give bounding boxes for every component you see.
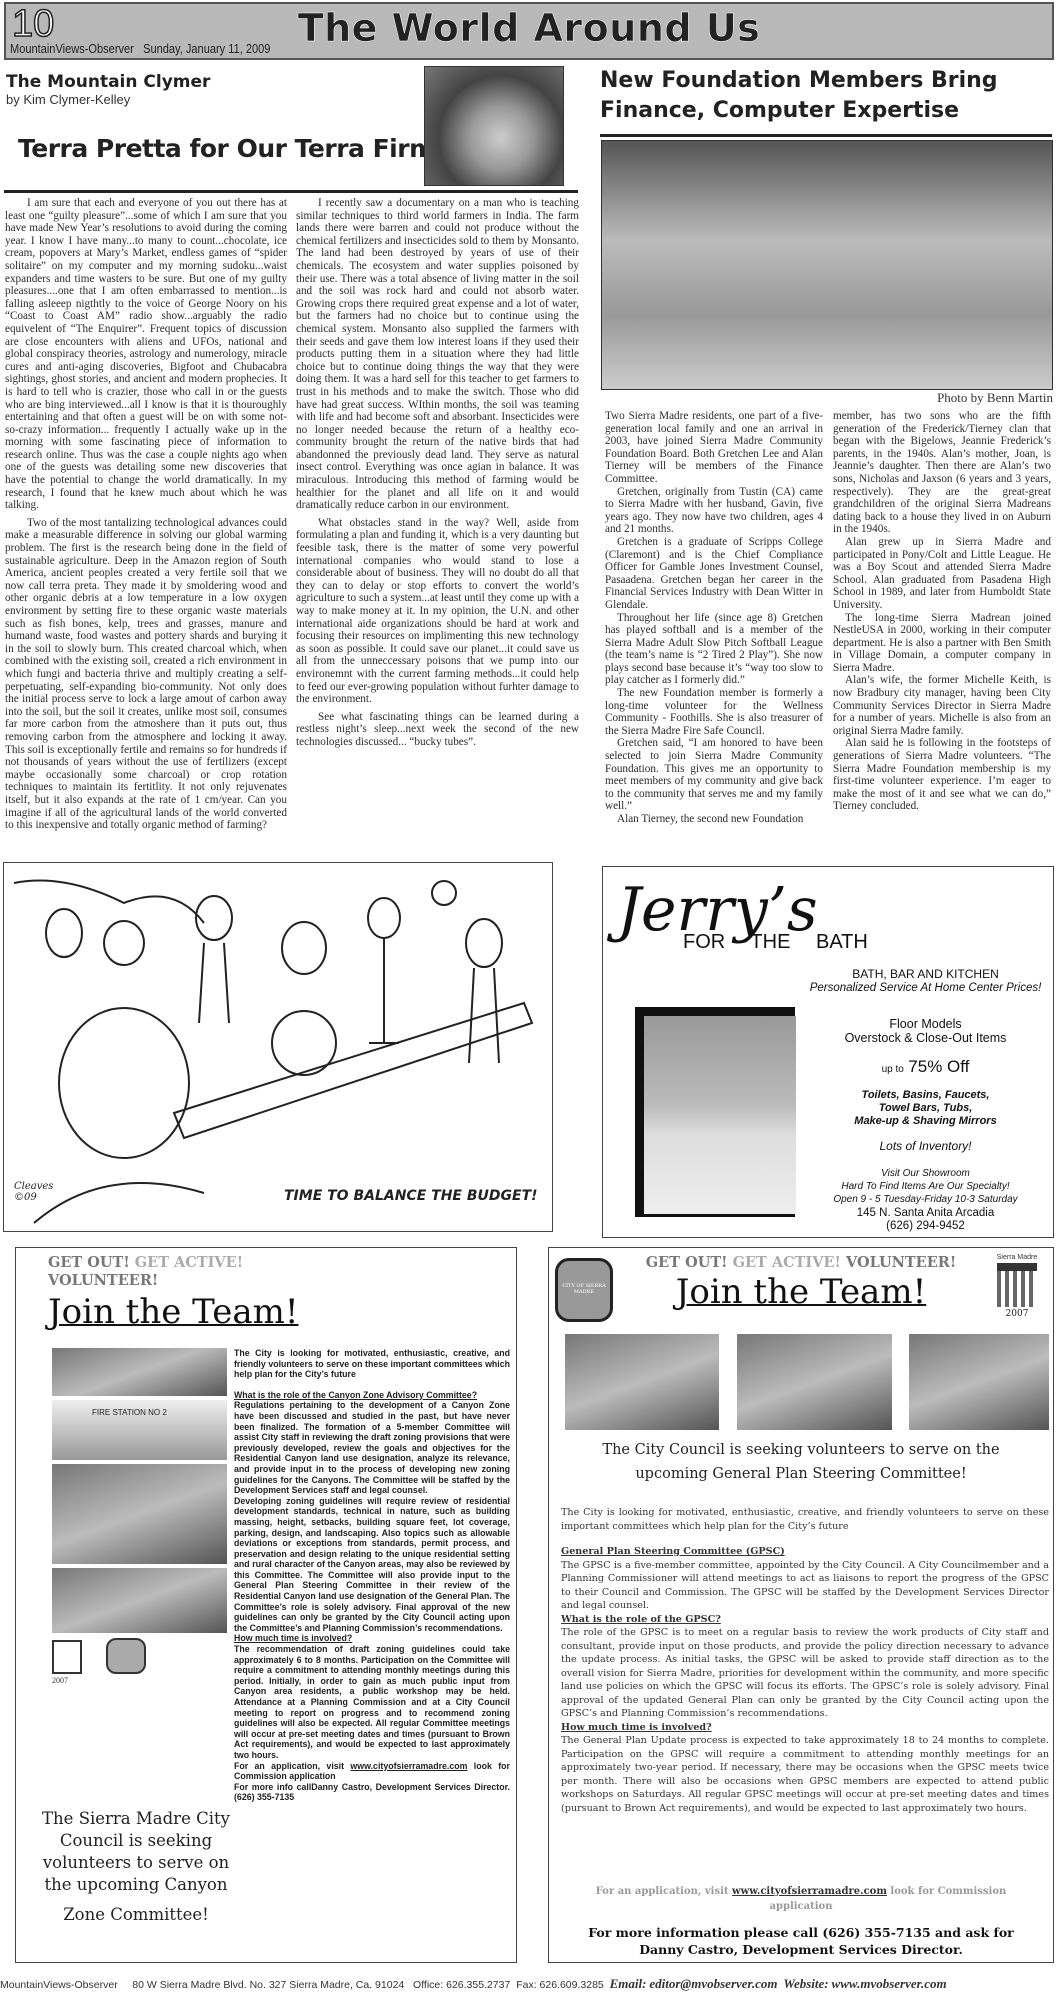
foundation-paragraph: Alan grew up in Sierra Madre and partici… (833, 536, 1051, 612)
column-paragraph: See what fascinating things can be learn… (296, 711, 579, 749)
downtown-street-photo (737, 1334, 892, 1430)
footer-fax: Fax: 626.609.3285 (516, 1979, 604, 1991)
jerrys-bath-ad: Jerry’s FOR THE BATH BATH, BAR AND KITCH… (602, 866, 1054, 1238)
jerrys-items: Toilets, Basins, Faucets, Towel Bars, Tu… (798, 1089, 1053, 1128)
foundation-body-left: Two Sierra Madre residents, one part of … (605, 410, 823, 826)
discount-prefix: up to (882, 1064, 904, 1075)
hdr-volunteer: VOLUNTEER! (48, 1272, 243, 1290)
hdr-get-out: GET OUT! (48, 1254, 130, 1271)
cartoon-caption: TIME TO BALANCE THE BUDGET! (284, 1188, 538, 1204)
column-paragraph: What obstacles stand in the way? Well, a… (296, 517, 579, 706)
footer-website-label: Website: (783, 1976, 828, 1991)
city-website-link[interactable]: www.cityofsierramadre.com (732, 1886, 887, 1897)
foundation-paragraph: Alan Tierney, the second new Foundation (605, 813, 823, 826)
hdr-get-active: GET ACTIVE! (733, 1254, 841, 1271)
items-line: Make-up & Shaving Mirrors (798, 1115, 1053, 1128)
foundation-paragraph: member, has two sons who are the fifth g… (833, 410, 1051, 536)
foundation-paragraph: The new Foundation member is formerly a … (605, 687, 823, 737)
cartoon-drawing-icon (4, 863, 552, 1231)
foundation-paragraph: Alan said he is following in the footste… (833, 737, 1051, 813)
canyon-bench-photo (52, 1464, 227, 1564)
fire-station-sign: FIRE STATION NO 2 (92, 1408, 167, 1417)
foundation-paragraph: Gretchen is a graduate of Scripps Colleg… (605, 536, 823, 612)
canyon-contact: For more info callDanny Castro, Developm… (234, 1782, 510, 1803)
publication-name: MountainViews-Observer (10, 41, 134, 56)
footer-email-label: Email: (610, 1976, 647, 1991)
trees-photo (52, 1348, 227, 1396)
discount-value: 75% Off (908, 1057, 969, 1076)
column-body-left: I am sure that each and everyone of you … (5, 197, 287, 852)
column-byline: by Kim Clymer-Kelley (6, 92, 130, 107)
canyon-answer-role-2: Developing zoning guidelines will requir… (234, 1496, 510, 1634)
jerrys-inventory: Lots of Inventory! (798, 1139, 1053, 1153)
canyon-answer-role: Regulations pertaining to the developmen… (234, 1400, 510, 1495)
shield-icon (997, 1263, 1037, 1307)
canyon-details: The City is looking for motivated, enthu… (234, 1348, 510, 1803)
city-seal-icon (106, 1638, 146, 1674)
gpsc-subhead: The City Council is seeking volunteers t… (549, 1438, 1053, 1486)
page-footer: MountainViews-Observer 80 W Sierra Madre… (0, 1976, 1056, 1993)
apply-prefix: For an application, visit (234, 1761, 344, 1771)
jerrys-categories: BATH, BAR AND KITCHEN (798, 967, 1053, 981)
footer-website-link[interactable]: www.mvobserver.com (832, 1976, 947, 1991)
photo-credit: Photo by Benn Martin (601, 390, 1053, 406)
gpsc-intro: The City is looking for motivated, enthu… (561, 1506, 1049, 1533)
foundation-paragraph: Alan’s wife, the former Michelle Keith, … (833, 674, 1051, 737)
foundation-rule (600, 134, 1052, 137)
foundation-headline: New Foundation Members Bring Finance, Co… (600, 66, 1050, 126)
footer-email-link[interactable]: editor@mvobserver.com (649, 1976, 777, 1991)
gpsc-time-text: The General Plan Update process is expec… (561, 1734, 1049, 1815)
column-paragraph: Two of the most tantalizing technologica… (5, 517, 287, 832)
jerrys-discount: up to 75% Off (798, 1057, 1053, 1077)
marys-market-photo (52, 1568, 227, 1633)
gpsc-heading-role: What is the role of the GPSC? (561, 1613, 1049, 1627)
column-rule (4, 190, 578, 193)
gpsc-details: The City is looking for motivated, enthu… (561, 1506, 1049, 1815)
canyon-question-role: What is the role of the Canyon Zone Advi… (234, 1390, 510, 1401)
foundation-headline-line2: Finance, Computer Expertise (600, 96, 1050, 126)
column-headline: Terra Pretta for Our Terra Firma (18, 134, 451, 163)
gpsc-contact: For more information please call (626) 3… (549, 1924, 1053, 1958)
cartoon-signature: Cleaves ©09 (14, 1181, 54, 1203)
jerrys-address: 145 N. Santa Anita Arcadia (798, 1207, 1053, 1220)
editorial-cartoon: TIME TO BALANCE THE BUDGET! Cleaves ©09 (3, 862, 553, 1232)
canyon-apply: For an application, visit www.cityofsier… (234, 1761, 510, 1782)
volunteer-header: GET OUT! GET ACTIVE! VOLUNTEER! (549, 1254, 1053, 1272)
faucet-photo (635, 1007, 795, 1217)
badge-top: Sierra Madre (987, 1254, 1047, 1261)
foundation-headline-line1: New Foundation Members Bring (600, 66, 1050, 96)
showroom-hours: Open 9 - 5 Tuesday-Friday 10-3 Saturday (798, 1193, 1053, 1206)
contact-line1: For more information please call (626) 3… (549, 1924, 1053, 1941)
column-paragraph: I recently saw a documentary on a man wh… (296, 197, 579, 512)
hdr-get-active: GET ACTIVE! (135, 1254, 243, 1271)
gpsc-role-text: The role of the GPSC is to meet on a reg… (561, 1626, 1049, 1721)
foundation-members-photo (601, 140, 1053, 390)
foundation-paragraph: Throughout her life (since age 8) Gretch… (605, 612, 823, 688)
side-message-committee: Zone Committee! (36, 1904, 236, 1926)
contact-line2: Danny Castro, Development Services Direc… (549, 1941, 1053, 1958)
canyon-side-message: The Sierra Madre City Council is seeking… (36, 1808, 236, 1926)
column-paragraph: I am sure that each and everyone of you … (5, 197, 287, 512)
items-line: Towel Bars, Tubs, (798, 1102, 1053, 1115)
gpsc-heading-committee: General Plan Steering Committee (GPSC) (561, 1545, 1049, 1559)
volunteer-header: GET OUT! GET ACTIVE! VOLUNTEER! (48, 1254, 243, 1290)
gpsc-committee-text: The GPSC is a five-member committee, app… (561, 1559, 1049, 1613)
items-line: Toilets, Basins, Faucets, (798, 1089, 1053, 1102)
showroom-line: Visit Our Showroom (798, 1167, 1053, 1180)
side-message-text: The Sierra Madre City Council is seeking… (36, 1808, 236, 1896)
canyon-intro: The City is looking for motivated, enthu… (234, 1348, 510, 1380)
jerrys-contact: 145 N. Santa Anita Arcadia (626) 294-945… (798, 1207, 1053, 1233)
footer-publication: MountainViews-Observer (0, 1979, 118, 1991)
apply-prefix: For an application, visit (596, 1886, 729, 1897)
canyon-answer-time: The recommendation of draft zoning guide… (234, 1644, 510, 1761)
footer-office-phone: Office: 626.355.2737 (413, 1979, 510, 1991)
foundation-body-right: member, has two sons who are the fifth g… (833, 410, 1051, 813)
masthead: 10 The World Around Us MountainViews-Obs… (4, 2, 1054, 60)
canyon-question-time: How much time is involved? (234, 1633, 510, 1644)
author-headshot (424, 66, 564, 186)
foundation-paragraph: Two Sierra Madre residents, one part of … (605, 410, 823, 486)
footer-address: 80 W Sierra Madre Blvd. No. 327 Sierra M… (132, 1979, 404, 1991)
gpsc-apply: For an application, visit www.cityofsier… (589, 1884, 1013, 1914)
column-kicker: The Mountain Clymer (6, 72, 210, 92)
fire-station-photo: FIRE STATION NO 2 (52, 1400, 227, 1460)
join-team-title: Join the Team! (48, 1292, 299, 1332)
jerrys-slogan: Personalized Service At Home Center Pric… (798, 982, 1053, 994)
foundation-paragraph: Gretchen, originally from Tustin (CA) ca… (605, 486, 823, 536)
gpsc-volunteer-ad: CITY OF SIERRA MADRE GET OUT! GET ACTIVE… (548, 1247, 1054, 1963)
jerrys-showroom: Visit Our Showroom Hard To Find Items Ar… (798, 1167, 1053, 1206)
all-america-city-badge-icon (52, 1640, 82, 1674)
badge-year: 2007 (987, 1309, 1047, 1319)
gpsc-heading-time: How much time is involved? (561, 1721, 1049, 1735)
badge-year: 2007 (52, 1676, 68, 1685)
tagline-the-bath: THE BATH (750, 931, 867, 953)
all-america-city-badge: Sierra Madre 2007 (987, 1254, 1047, 1319)
foundation-paragraph: Gretchen said, “I am honored to have bee… (605, 737, 823, 813)
foundation-paragraph: The long-time Sierra Madrean joined Nest… (833, 612, 1051, 675)
dateline: MountainViews-Observer Sunday, January 1… (10, 41, 270, 56)
tagline-for: FOR (683, 931, 725, 953)
jerrys-overstock: Overstock & Close-Out Items (798, 1031, 1053, 1045)
jerrys-floor-models: Floor Models (798, 1017, 1053, 1031)
faucet-image (644, 1016, 796, 1214)
city-hall-photo (565, 1334, 719, 1430)
jerrys-tagline: FOR THE BATH (683, 931, 868, 954)
hdr-volunteer: VOLUNTEER! (846, 1254, 956, 1271)
hdr-get-out: GET OUT! (646, 1254, 728, 1271)
showroom-line: Hard To Find Items Are Our Specialty! (798, 1180, 1053, 1193)
canyon-zone-volunteer-ad: GET OUT! GET ACTIVE! VOLUNTEER! Join the… (15, 1247, 517, 1963)
village-shops-photo (909, 1334, 1049, 1430)
city-website-link[interactable]: www.cityofsierramadre.com (350, 1761, 467, 1771)
column-body-right: I recently saw a documentary on a man wh… (296, 197, 579, 852)
join-team-title: Join the Team! (549, 1272, 1053, 1312)
issue-date: Sunday, January 11, 2009 (143, 41, 270, 56)
jerrys-phone: (626) 294-9452 (798, 1220, 1053, 1233)
